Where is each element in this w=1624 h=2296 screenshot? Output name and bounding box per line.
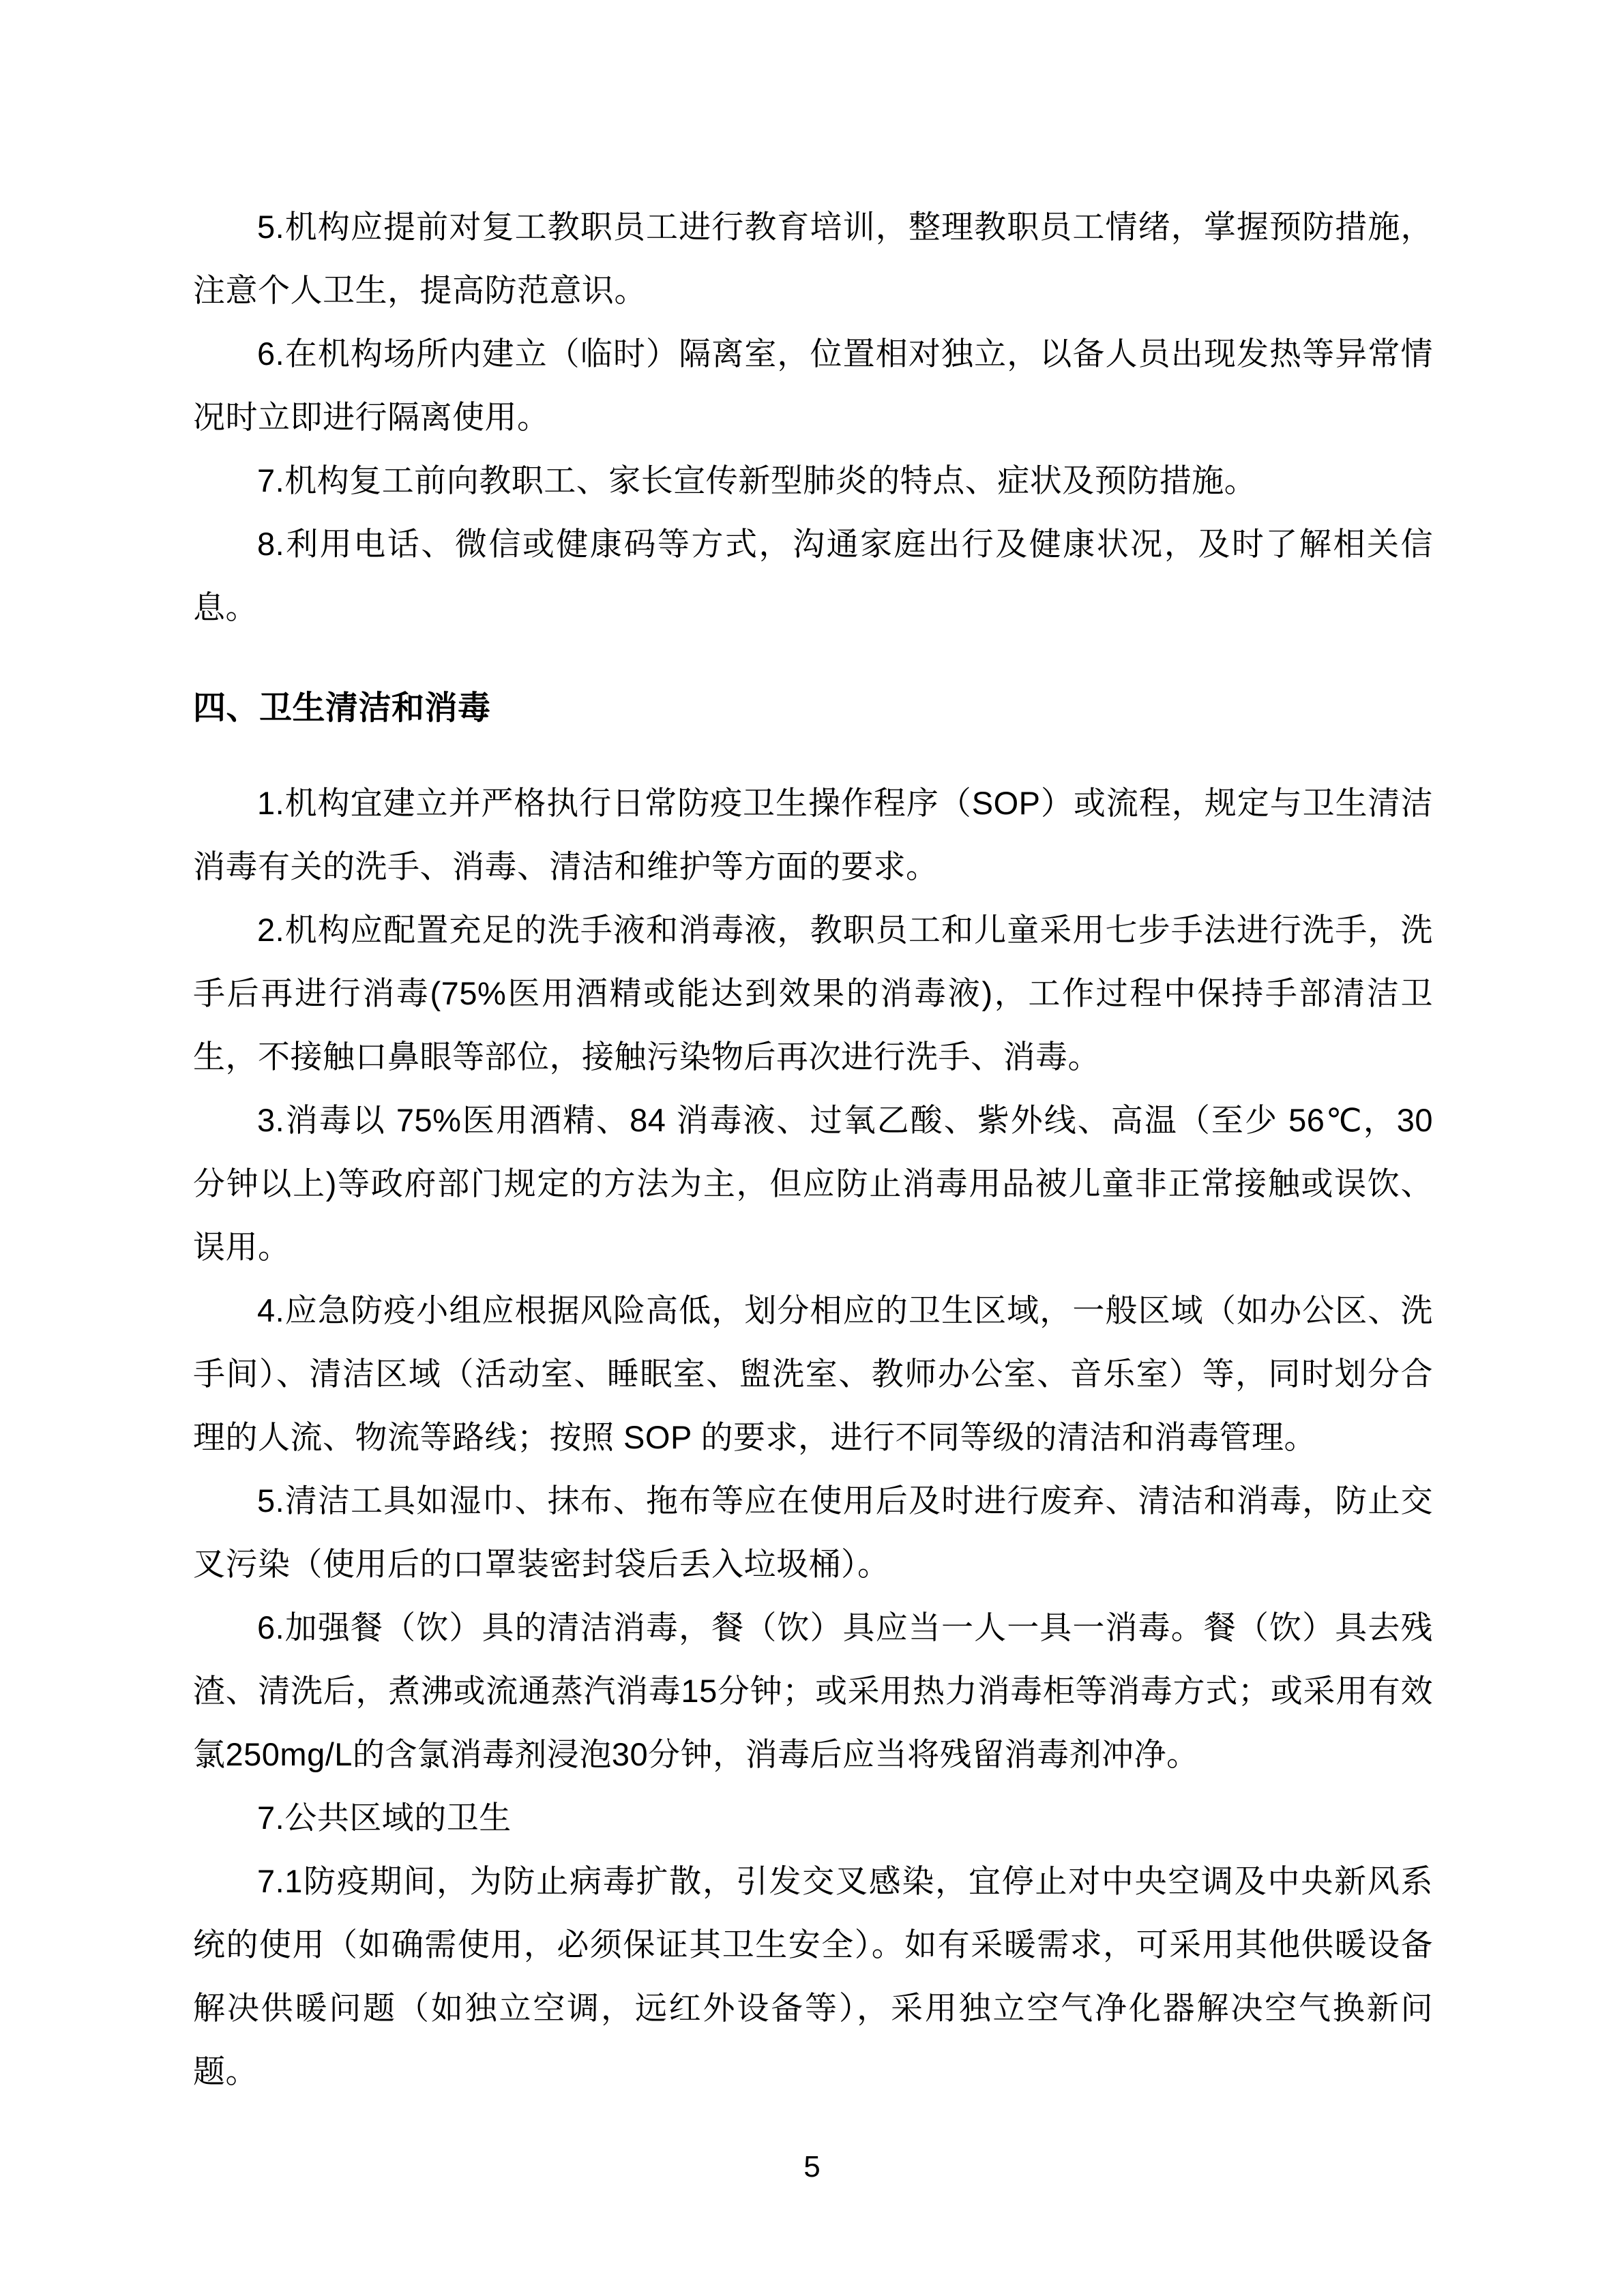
paragraph: 7.1防疫期间，为防止病毒扩散，引发交叉感染，宜停止对中央空调及中央新风系统的使… (193, 1849, 1433, 2103)
paragraph: 5.清洁工具如湿巾、抹布、拖布等应在使用后及时进行废弃、清洁和消毒，防止交叉污染… (193, 1469, 1433, 1596)
paragraph: 7.公共区域的卫生 (193, 1786, 1433, 1849)
document-page: 5.机构应提前对复工教职员工进行教育培训，整理教职员工情绪，掌握预防措施，注意个… (0, 0, 1624, 2296)
paragraph: 6.在机构场所内建立（临时）隔离室，位置相对独立，以备人员出现发热等异常情况时立… (193, 322, 1433, 449)
paragraph: 4.应急防疫小组应根据风险高低，划分相应的卫生区域，一般区域（如办公区、洗手间）… (193, 1279, 1433, 1469)
paragraph: 6.加强餐（饮）具的清洁消毒，餐（饮）具应当一人一具一消毒。餐（饮）具去残渣、清… (193, 1596, 1433, 1786)
page-number: 5 (0, 2148, 1624, 2186)
paragraph: 5.机构应提前对复工教职员工进行教育培训，整理教职员工情绪，掌握预防措施，注意个… (193, 195, 1433, 322)
paragraph: 8.利用电话、微信或健康码等方式，沟通家庭出行及健康状况，及时了解相关信息。 (193, 512, 1433, 639)
paragraph: 2.机构应配置充足的洗手液和消毒液，教职员工和儿童采用七步手法进行洗手，洗手后再… (193, 898, 1433, 1088)
paragraph: 7.机构复工前向教职工、家长宣传新型肺炎的特点、症状及预防措施。 (193, 449, 1433, 512)
paragraph: 3.消毒以 75%医用酒精、84 消毒液、过氧乙酸、紫外线、高温（至少 56℃，… (193, 1088, 1433, 1279)
paragraph: 1.机构宜建立并严格执行日常防疫卫生操作程序（SOP）或流程，规定与卫生清洁消毒… (193, 771, 1433, 898)
page-content: 5.机构应提前对复工教职员工进行教育培训，整理教职员工情绪，掌握预防措施，注意个… (193, 195, 1433, 2103)
section-heading: 四、卫生清洁和消毒 (193, 676, 1433, 740)
